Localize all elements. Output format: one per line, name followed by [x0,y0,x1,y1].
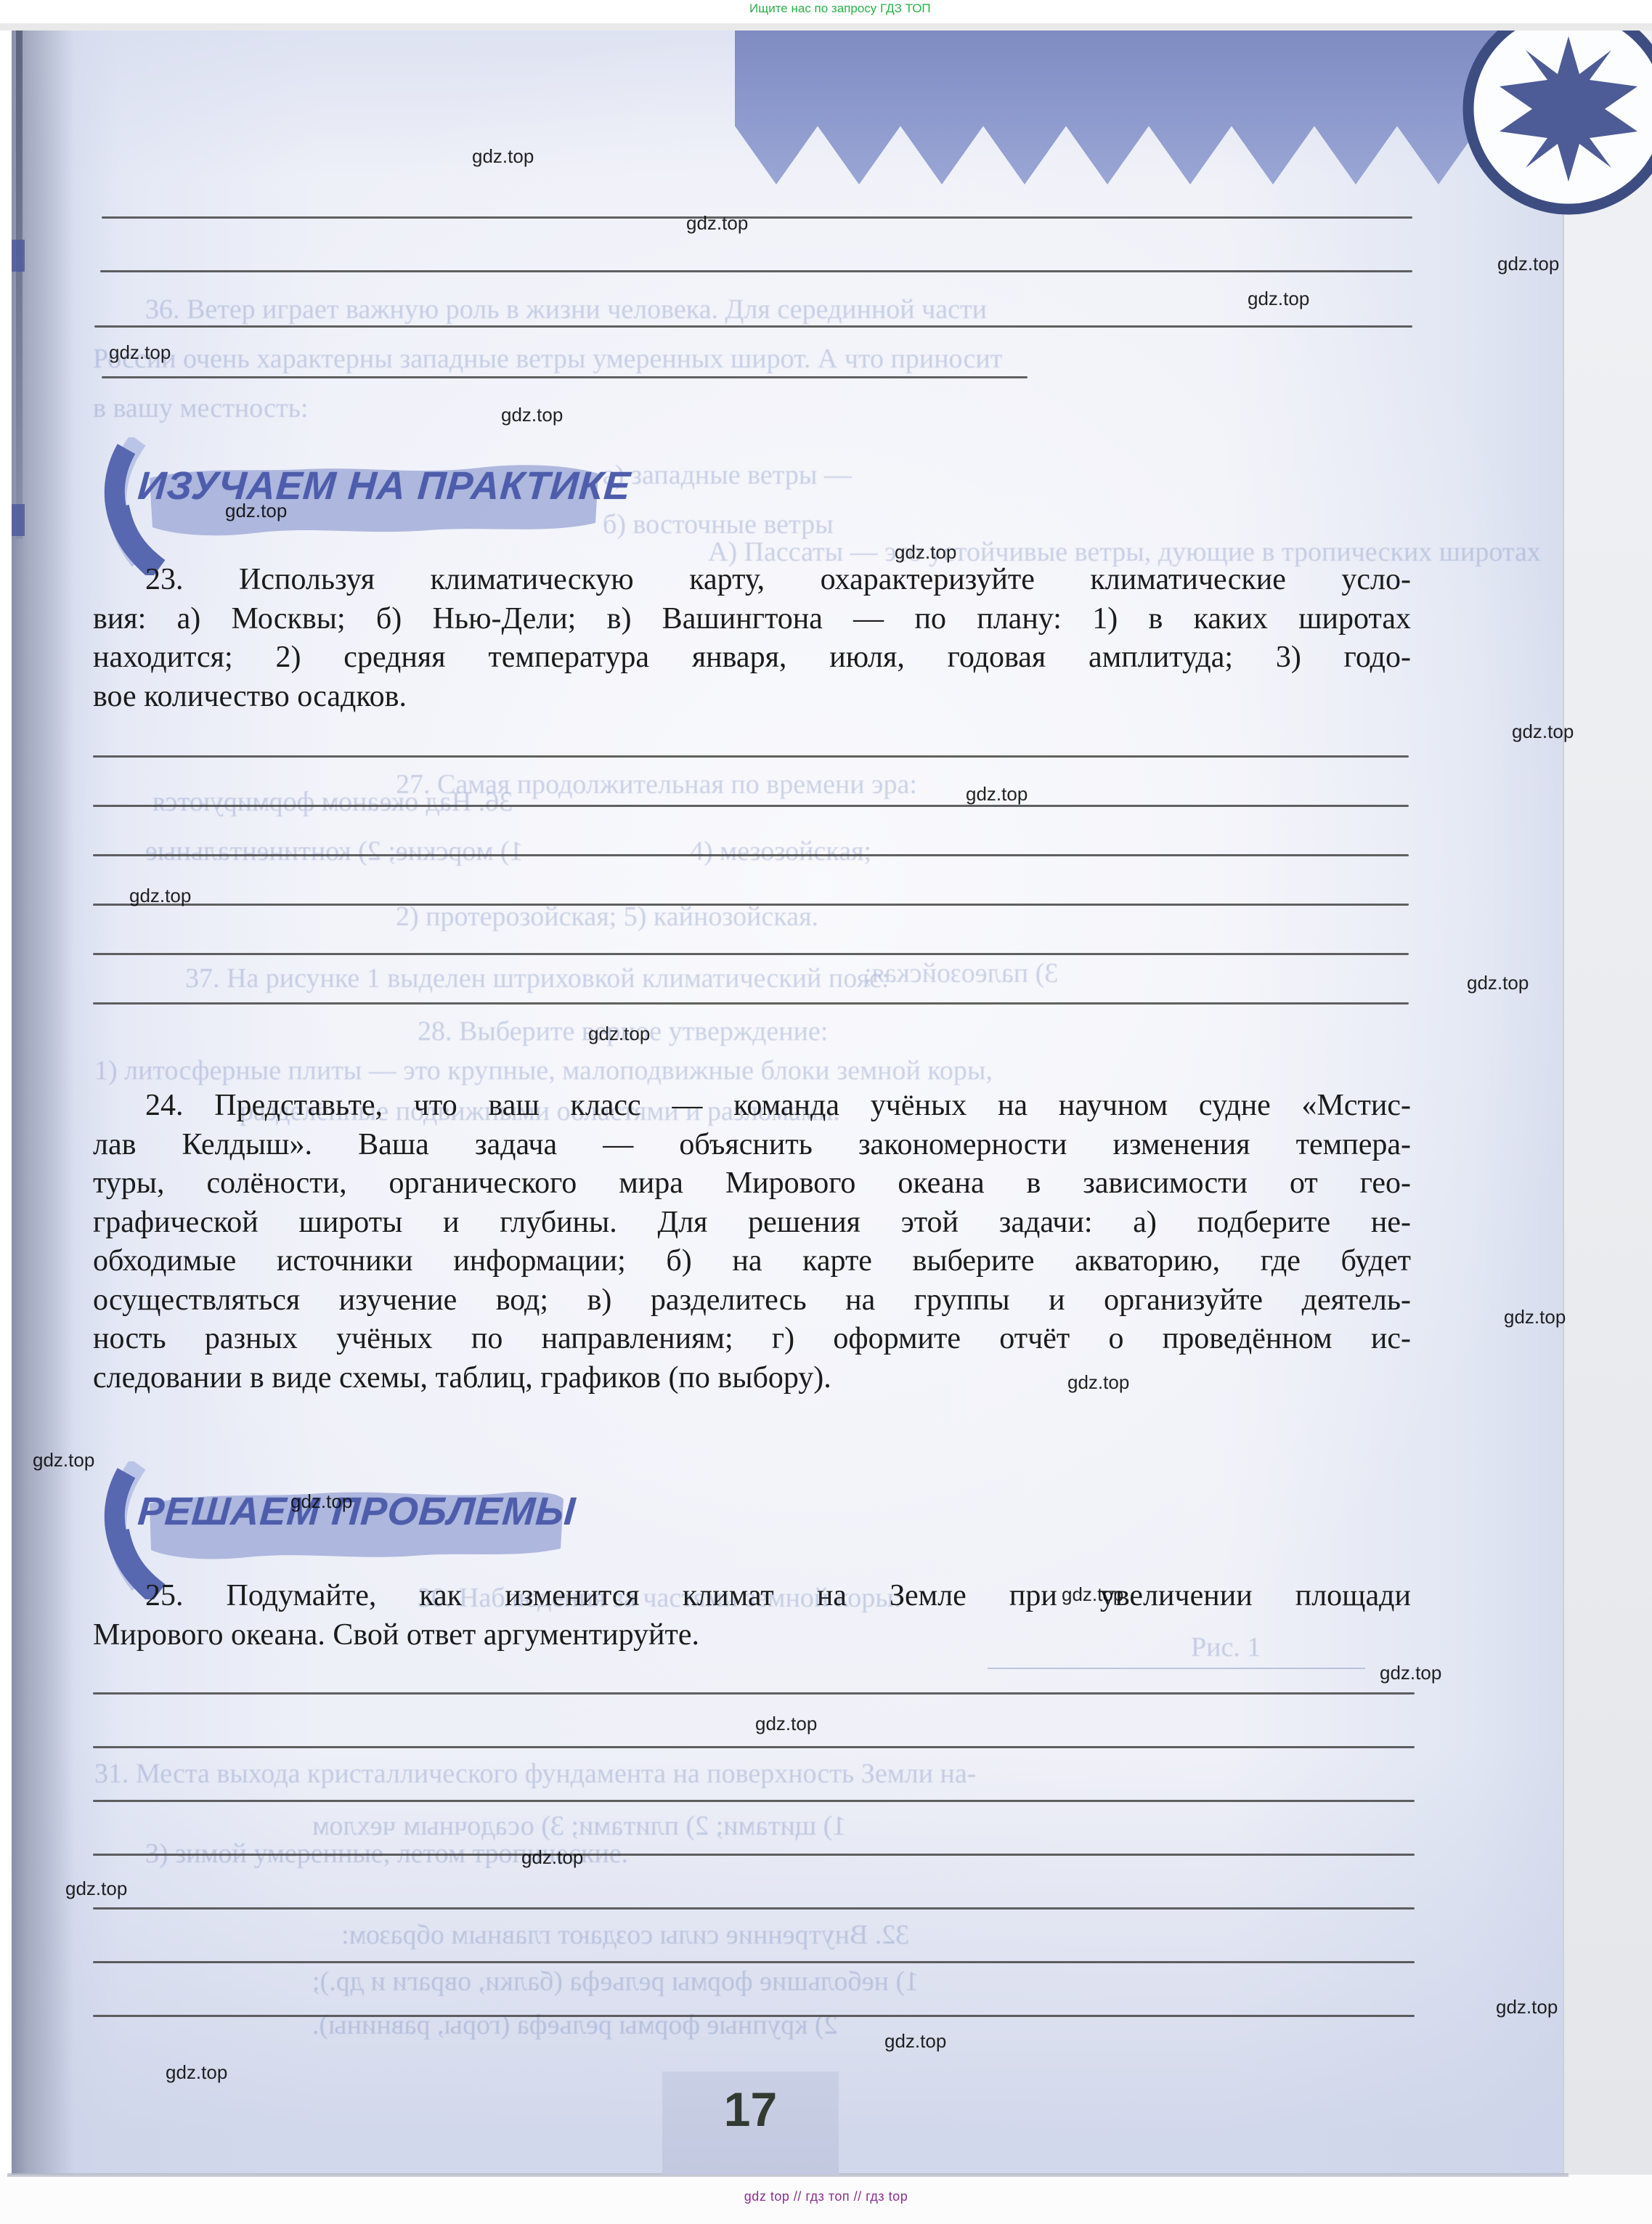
gdz-watermark: gdz.top [755,1713,817,1735]
bleed-through-text: 1) литосферные плиты — это крупные, мало… [94,1055,993,1087]
gdz-watermark: gdz.top [225,500,287,522]
task-text-line: находится; 2) средняя температура января… [93,638,1411,678]
gdz-watermark: gdz.top [1497,253,1559,275]
answer-line [93,1746,1415,1748]
gdz-watermark: gdz.top [472,145,534,168]
footer-note: gdz top // гдз топ // гдз top [0,2189,1652,2204]
gdz-watermark: gdz.top [521,1846,583,1869]
scan-top-edge [0,23,1652,31]
gdz-watermark: gdz.top [966,783,1028,805]
task-25-text: 25. Подумайте, как изменится климат на З… [93,1577,1411,1655]
scanned-workbook-page: 36. Ветер играет важную роль в жизни чел… [0,0,1652,2224]
gdz-watermark: gdz.top [895,541,956,564]
task-text-line: Мирового океана. Свой ответ аргументируй… [93,1616,1411,1655]
bleed-through-text: 32. Внутренние силы создают главным обра… [341,1919,909,1951]
task-text-line: 23. Используя климатическую карту, охара… [93,561,1411,600]
task-text-line: графической широты и глубины. Для решени… [93,1204,1411,1243]
bleed-through-text: 2) крупные формы рельефа (горы, равнины)… [312,2009,838,2041]
gdz-watermark: gdz.top [1504,1306,1566,1328]
bleed-through-text: а) западные ветры — [603,459,852,491]
search-query-note: Ищите нас по запросу ГДЗ ТОП [749,1,931,16]
gdz-watermark: gdz.top [1467,972,1529,994]
task-text-line: туры, солёности, органического мира Миро… [93,1164,1411,1204]
gdz-watermark: gdz.top [1067,1371,1129,1394]
section-banner-label: ИЗУЧАЕМ НА ПРАКТИКЕ [137,463,611,508]
answer-line [100,270,1412,272]
gdz-watermark: gdz.top [1062,1583,1123,1606]
bleed-through-text: России очень характерны западные ветры у… [93,343,1002,375]
bleed-through-text: 31. Места выхода кристаллического фундам… [94,1758,976,1790]
answer-line [102,216,1412,219]
bleed-through-text: 36. Над океаном формируются [152,786,513,818]
gdz-watermark: gdz.top [109,341,171,364]
gdz-watermark: gdz.top [588,1023,650,1045]
bleed-through-text: 37. На рисунке 1 выделен штриховкой клим… [185,962,889,994]
page-number-block: 17 [662,2071,839,2175]
task-text-line: лав Келдыш». Ваша задача — объяснить зак… [93,1126,1411,1165]
gdz-watermark: gdz.top [129,885,191,907]
bleed-through-text: 4) мезозойская; [690,835,871,867]
answer-line [93,854,1409,856]
gdz-watermark: gdz.top [884,2030,946,2053]
section-banner-practice: ИЗУЧАЕМ НА ПРАКТИКЕ [107,437,616,575]
section-banner-label: РЕШАЕМ ПРОБЛЕМЫ [137,1489,575,1534]
answer-line [93,2015,1415,2017]
edge-mark [12,240,25,272]
answer-line [93,904,1409,906]
bleed-through-line [988,1668,1365,1669]
gdz-watermark: gdz.top [290,1490,352,1513]
task-text-line: следовании в виде схемы, таблиц, графико… [93,1359,1411,1398]
task-text-line: вое количество осадков. [93,678,1411,717]
answer-line [94,325,1412,328]
book-spine-line [16,31,23,539]
bleed-through-text: 1) небольшие формы рельефа (балки, овраг… [312,1965,919,1997]
task-text-line: вия: а) Москвы; б) Нью-Дели; в) Вашингто… [93,600,1411,639]
gdz-watermark: gdz.top [1380,1662,1441,1684]
answer-line [93,1961,1415,1963]
answer-line [93,953,1409,955]
answer-line [93,1800,1415,1802]
bleed-through-text: в вашу местность: [93,392,309,424]
header-zigzag-band [735,31,1563,184]
answer-line [93,1692,1415,1695]
task-24-text: 24. Представьте, что ваш класс — команда… [93,1087,1411,1397]
answer-line [93,1907,1415,1910]
task-text-line: ность разных учёных по направлениям; г) … [93,1320,1411,1359]
task-text-line: осуществляться изучение вод; в) разделит… [93,1281,1411,1320]
answer-line [93,1002,1409,1005]
bleed-through-text: 36. Ветер играет важную роль в жизни чел… [145,293,987,325]
bleed-through-text: 1) морские; 2) континентальные [145,835,524,867]
gdz-watermark: gdz.top [686,212,748,235]
answer-line [93,1854,1415,1856]
page-number: 17 [662,2082,839,2137]
gdz-watermark: gdz.top [1512,721,1574,743]
gdz-watermark: gdz.top [65,1878,127,1900]
edge-mark [12,504,25,536]
gdz-watermark: gdz.top [166,2061,227,2084]
gdz-watermark: gdz.top [1248,288,1309,310]
task-text-line: обходимые источники информации; б) на ка… [93,1242,1411,1281]
task-23-text: 23. Используя климатическую карту, охара… [93,561,1411,716]
task-text-line: 24. Представьте, что ваш класс — команда… [93,1087,1411,1126]
bleed-through-text: 3) палеозойская; [864,957,1058,989]
answer-line [102,376,1028,378]
task-text-line: 25. Подумайте, как изменится климат на З… [93,1577,1411,1616]
scan-right-margin [1563,31,1652,2175]
answer-line [93,805,1409,807]
gdz-watermark: gdz.top [33,1449,94,1472]
answer-line [93,755,1409,758]
gdz-watermark: gdz.top [1496,1996,1558,2018]
gdz-watermark: gdz.top [501,404,563,426]
